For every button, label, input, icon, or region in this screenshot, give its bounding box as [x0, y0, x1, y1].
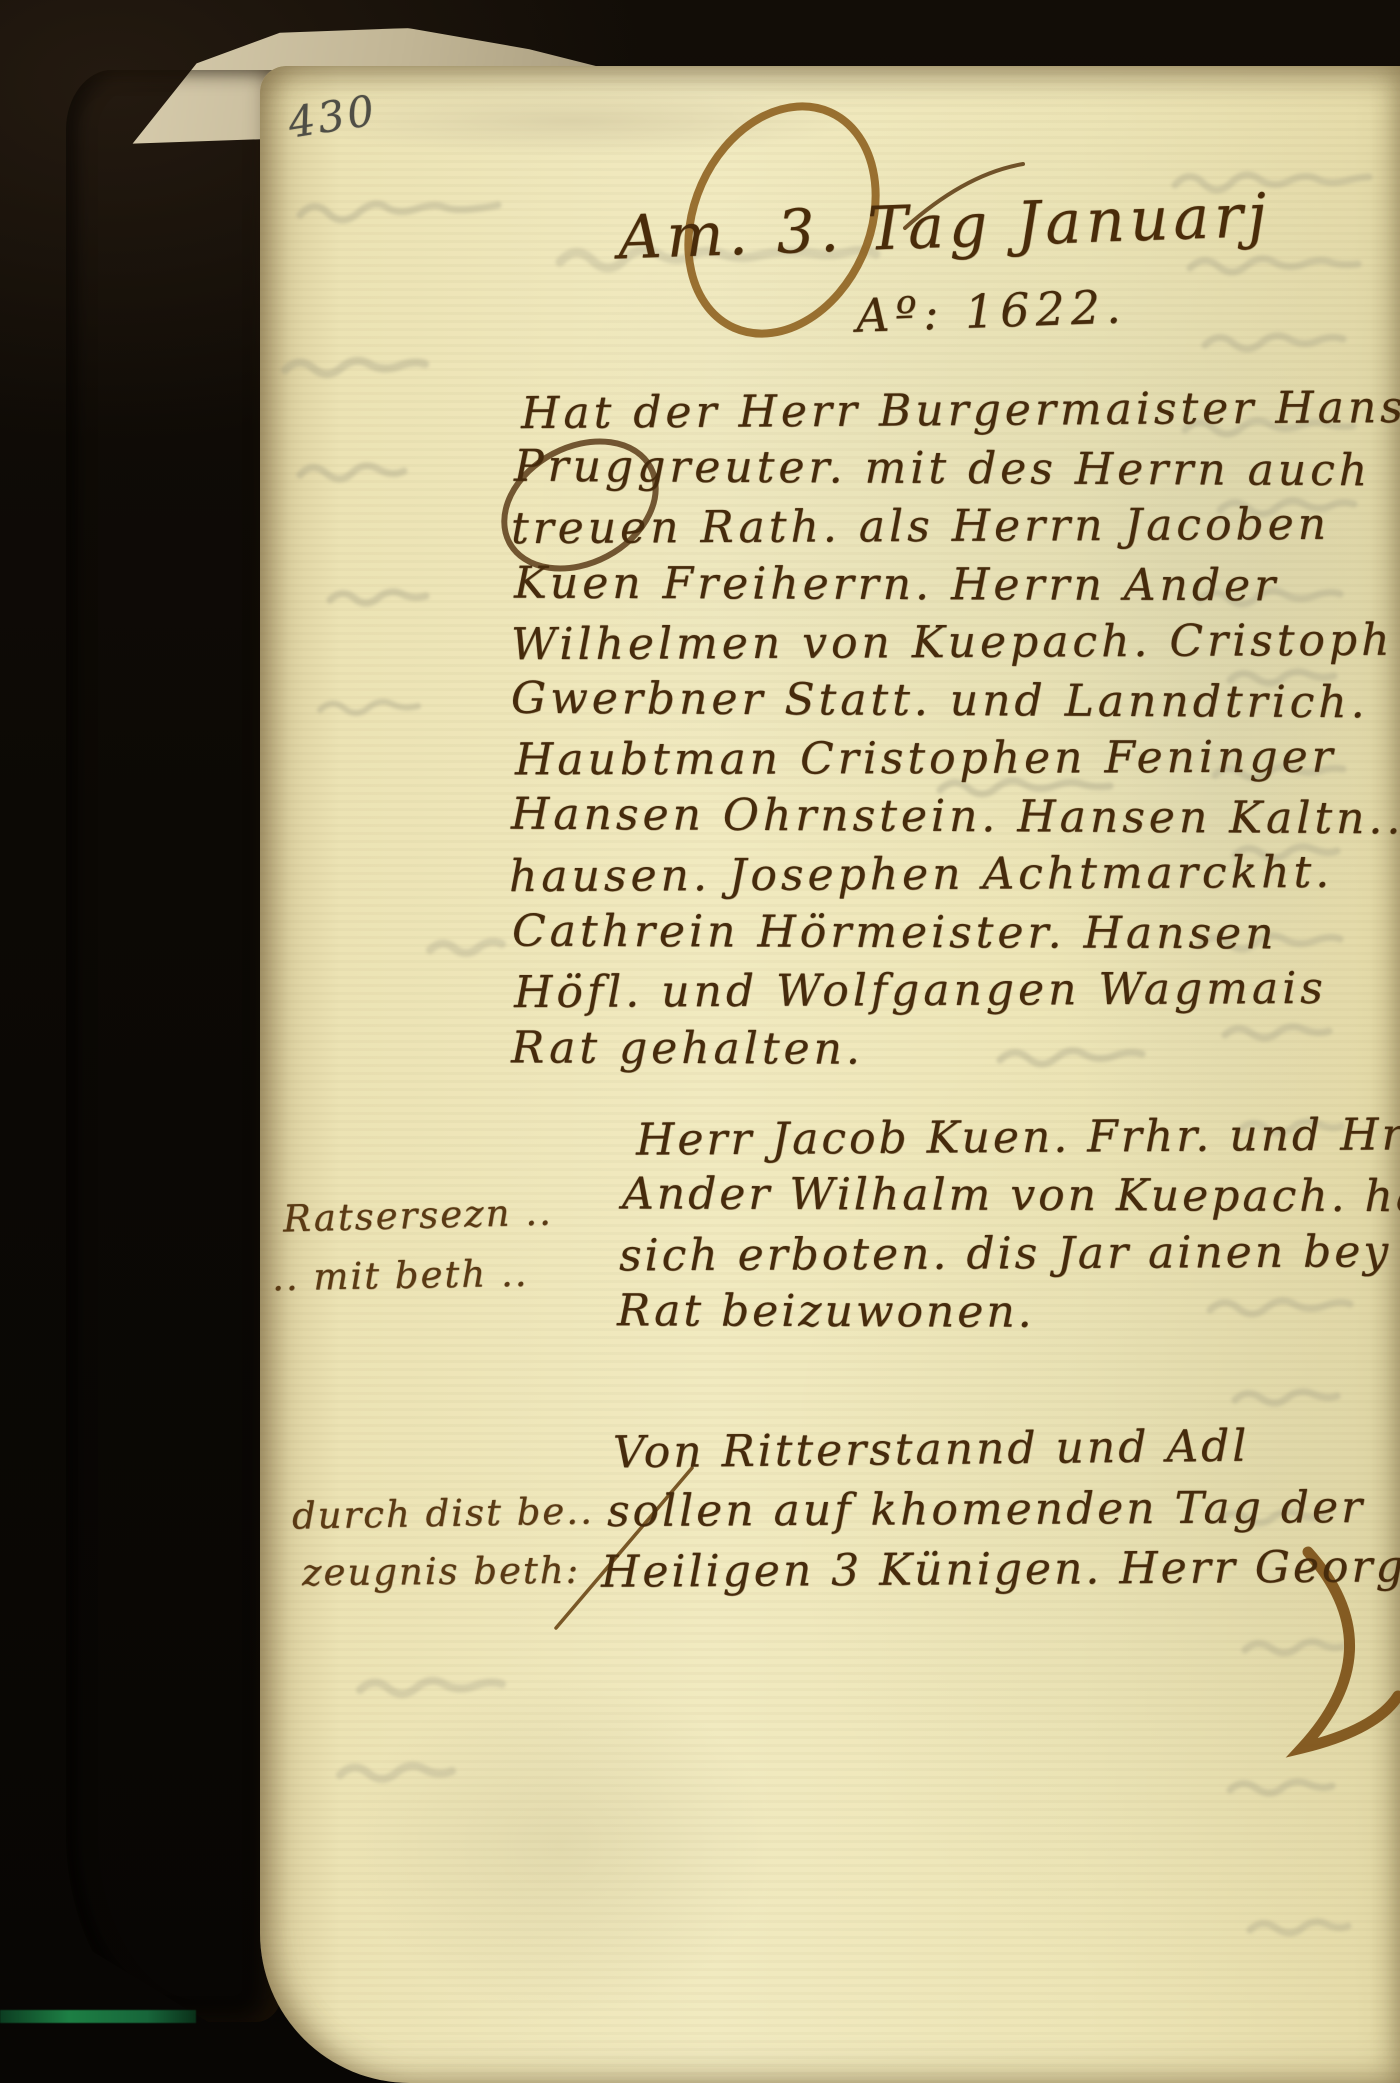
margin-note: .. mit beth ..: [272, 1252, 529, 1299]
page-number: 430: [285, 85, 381, 147]
manuscript-line: sich erboten. dis Jar ainen bey dem: [619, 1226, 1400, 1282]
manuscript-line: Gwerbner Statt. und Lanndtrich.: [511, 673, 1369, 728]
manuscript-line: Kuen Freiherrn. Herrn Ander: [514, 558, 1279, 612]
margin-note: durch dist be..: [292, 1489, 594, 1537]
margin-note: zeugnis beth:: [302, 1549, 580, 1594]
manuscript-line: Rat beizuwonen.: [617, 1285, 1035, 1337]
page-content: 430 Am. 3. Tag Januarj Aº: 1622. Hat der…: [0, 0, 1400, 2083]
heading-year: Aº: 1622.: [855, 279, 1127, 342]
manuscript-line: sollen auf khomenden Tag der: [607, 1482, 1365, 1537]
manuscript-line: Wilhelmen von Kuepach. Cristoph: [511, 615, 1394, 671]
manuscript-line: Höfl. und Wolfgangen Wagmais: [514, 963, 1327, 1018]
manuscript-line: Pruggreuter. mit des Herrn auch: [514, 441, 1371, 496]
manuscript-line: Hat der Herr Burgermaister Hans: [521, 382, 1400, 439]
manuscript-line: Ander Wilhalm von Kuepach. haben: [622, 1168, 1400, 1222]
manuscript-line: Cathrein Hörmeister. Hansen: [512, 906, 1278, 960]
manuscript-line: Hansen Ohrnstein. Hansen Kaltn..: [511, 789, 1400, 845]
manuscript-line: treuen Rath. als Herrn Jacoben: [511, 499, 1330, 554]
manuscript-line: hausen. Josephen Achtmarckht.: [509, 847, 1333, 902]
margin-note: Ratsersezn ..: [282, 1190, 553, 1240]
manuscript-line: Herr Jacob Kuen. Frhr. und Hr: [636, 1109, 1400, 1165]
heading-date: Am. 3. Tag Januarj: [617, 181, 1273, 274]
manuscript-line: Von Ritterstannd und Adl: [613, 1421, 1250, 1479]
manuscript-line: Rat gehalten.: [511, 1022, 864, 1074]
manuscript-line: Haubtman Cristophen Feninger: [515, 732, 1337, 786]
manuscript-line: Heiligen 3 Künigen. Herr Georg: [601, 1541, 1400, 1598]
manuscript-photo: 430 Am. 3. Tag Januarj Aº: 1622. Hat der…: [0, 0, 1400, 2083]
